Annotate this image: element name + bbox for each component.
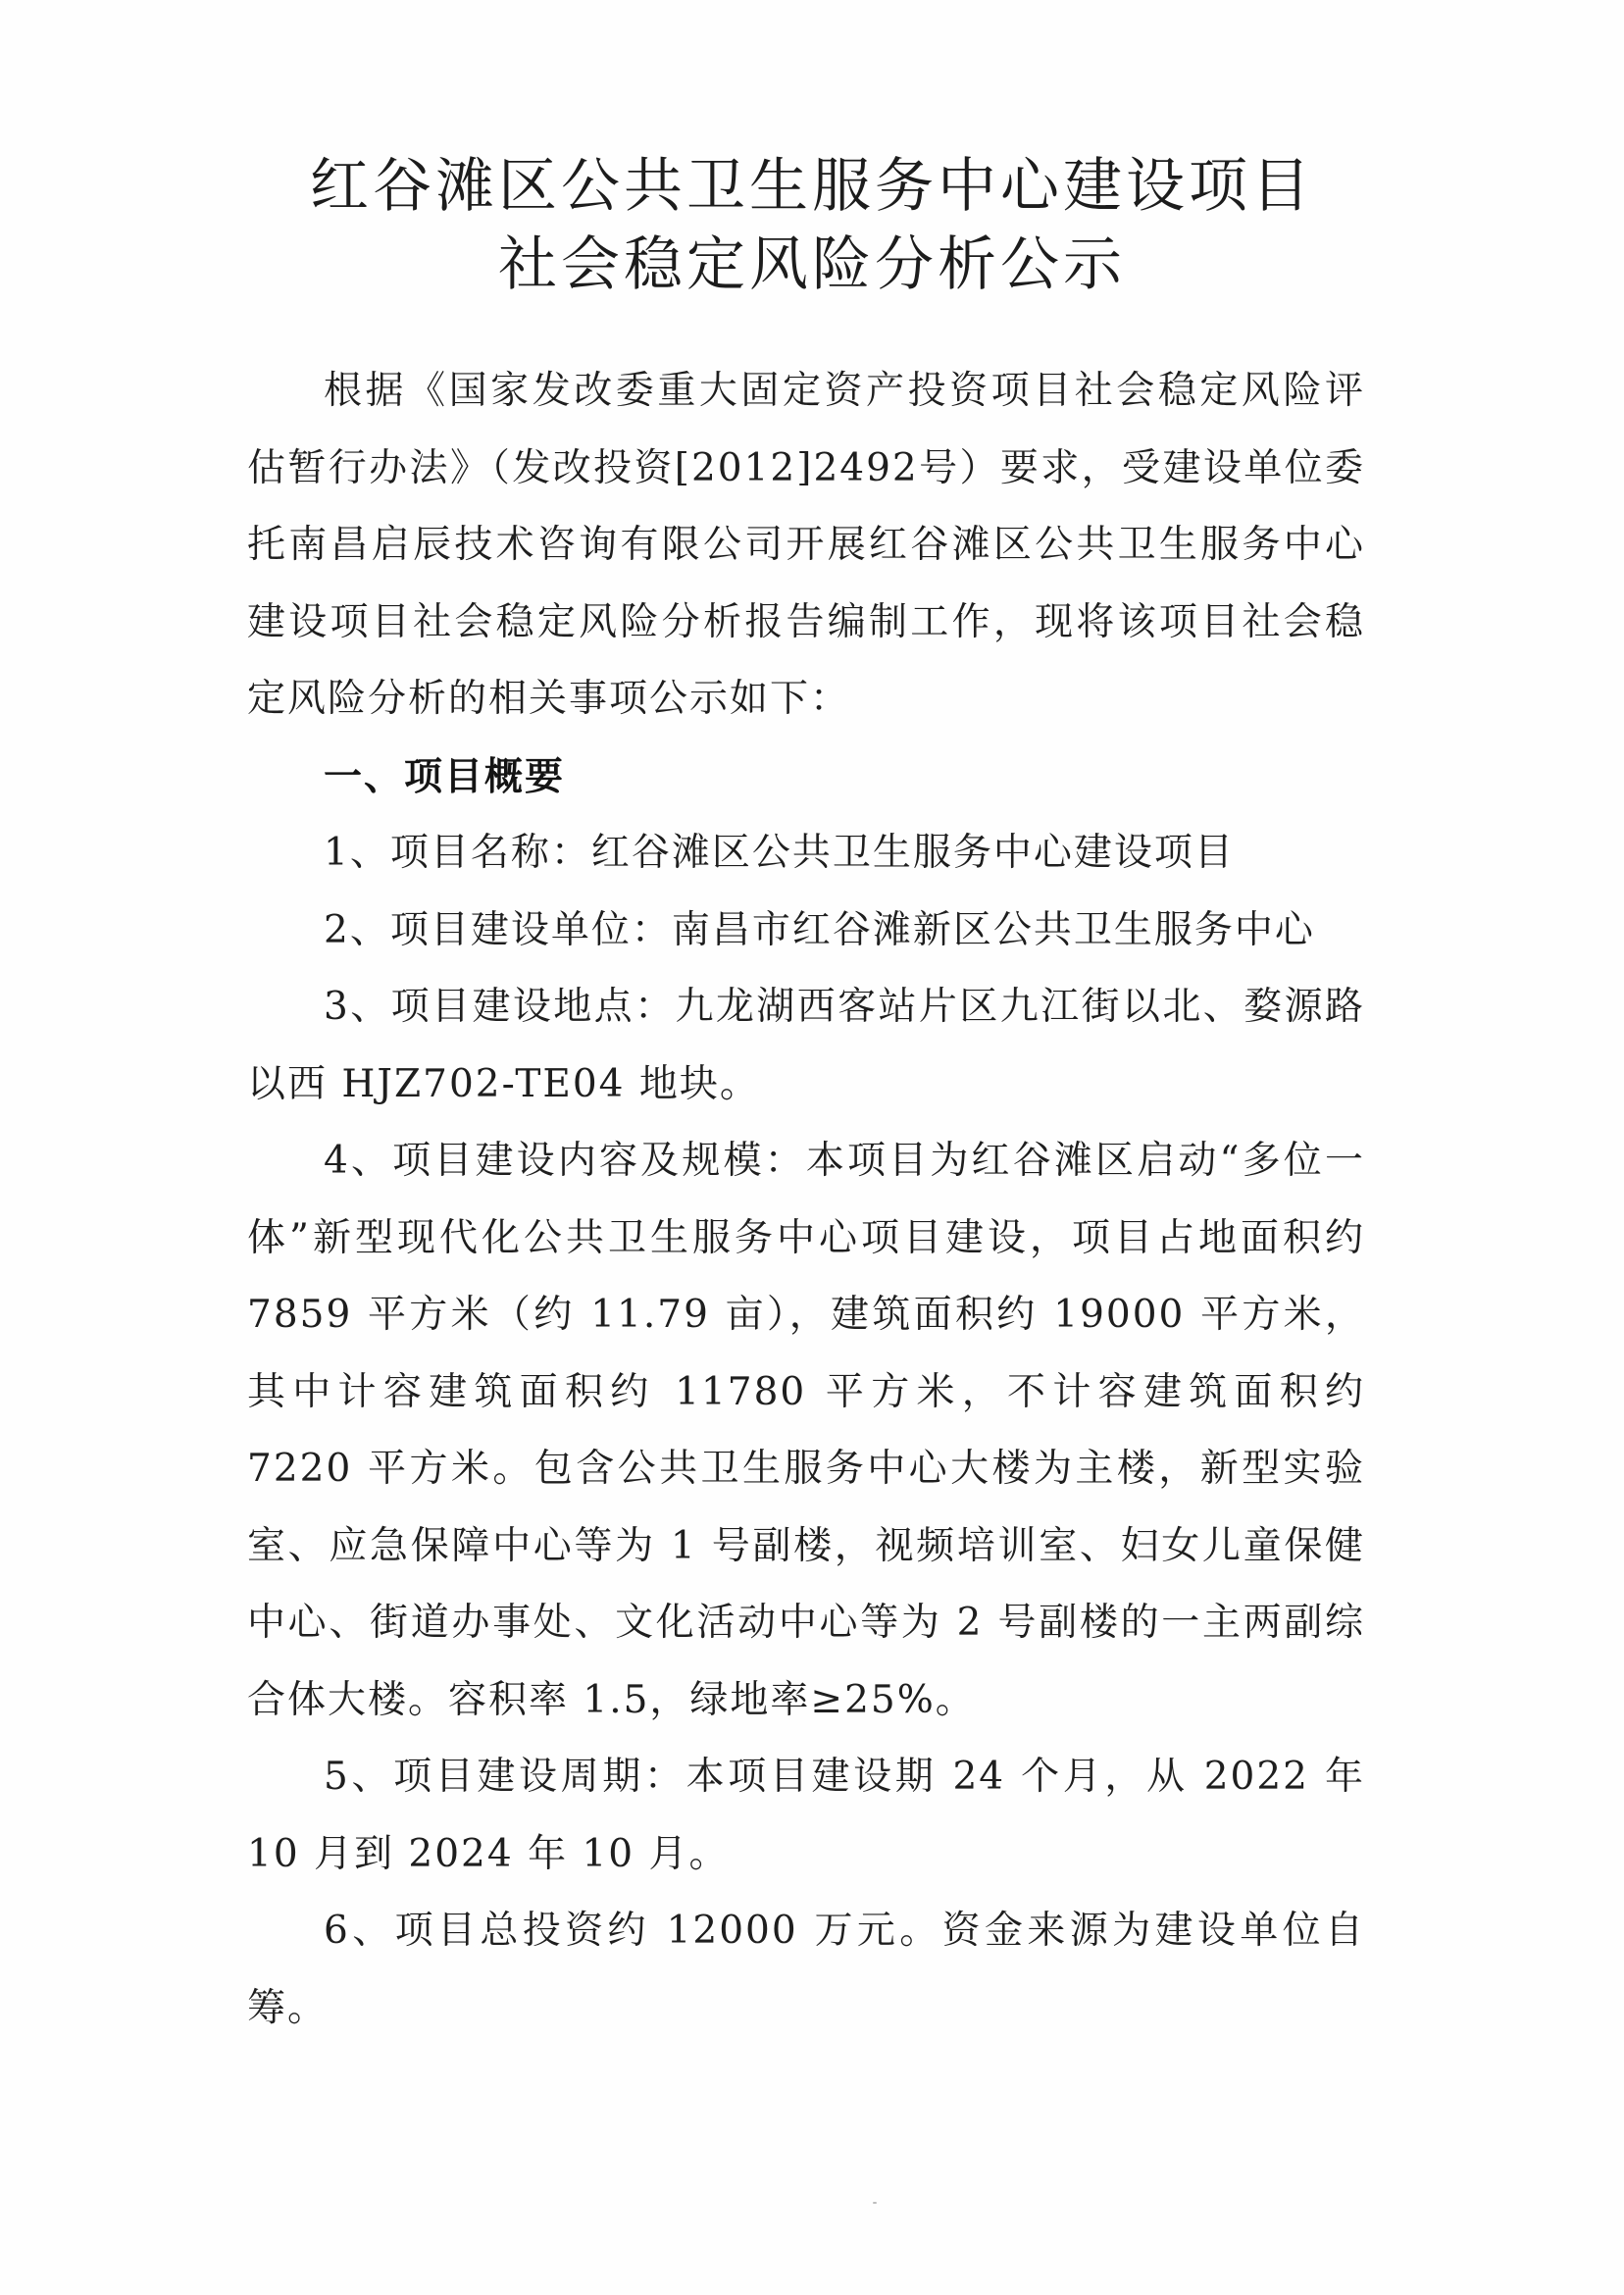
- item-value: 项目总投资约 12000 万元。资金来源为建设单位自筹。: [247, 1909, 1365, 2030]
- item-project-name: 1、项目名称：红谷滩区公共卫生服务中心建设项目: [247, 815, 1365, 892]
- item-label: 2、项目建设单位：: [324, 908, 672, 952]
- item-label: 6、: [324, 1909, 395, 1953]
- document-body: 根据《国家发改委重大固定资产投资项目社会稳定风险评估暂行办法》（发改投资[201…: [247, 353, 1365, 2047]
- section-heading-overview: 一、项目概要: [247, 739, 1365, 816]
- item-value: 本项目为红谷滩区启动“多位一体”新型现代化公共卫生服务中心项目建设，项目占地面积…: [247, 1139, 1365, 1722]
- item-construction-site: 3、项目建设地点：九龙湖西客站片区九江街以北、婺源路以西 HJZ702-TE04…: [247, 969, 1365, 1123]
- item-label: 1、项目名称：: [324, 831, 591, 875]
- intro-paragraph: 根据《国家发改委重大固定资产投资项目社会稳定风险评估暂行办法》（发改投资[201…: [247, 353, 1365, 739]
- item-label: 4、项目建设内容及规模：: [324, 1139, 806, 1183]
- document-page: 红谷滩区公共卫生服务中心建设项目 社会稳定风险分析公示 根据《国家发改委重大固定…: [0, 0, 1624, 2295]
- item-construction-period: 5、项目建设周期：本项目建设期 24 个月，从 2022 年 10 月到 202…: [247, 1739, 1365, 1893]
- item-value: 红谷滩区公共卫生服务中心建设项目: [591, 831, 1235, 875]
- item-total-investment: 6、项目总投资约 12000 万元。资金来源为建设单位自筹。: [247, 1893, 1365, 2047]
- item-label: 3、项目建设地点：: [324, 985, 675, 1029]
- title-line-1: 红谷滩区公共卫生服务中心建设项目: [0, 147, 1624, 226]
- item-construction-unit: 2、项目建设单位：南昌市红谷滩新区公共卫生服务中心: [247, 892, 1365, 970]
- document-title: 红谷滩区公共卫生服务中心建设项目 社会稳定风险分析公示: [0, 147, 1624, 304]
- scan-artifact: [873, 2202, 877, 2204]
- item-value: 南昌市红谷滩新区公共卫生服务中心: [672, 908, 1315, 952]
- title-line-2: 社会稳定风险分析公示: [0, 226, 1624, 304]
- item-content-scale: 4、项目建设内容及规模：本项目为红谷滩区启动“多位一体”新型现代化公共卫生服务中…: [247, 1123, 1365, 1739]
- item-label: 5、项目建设周期：: [324, 1755, 686, 1799]
